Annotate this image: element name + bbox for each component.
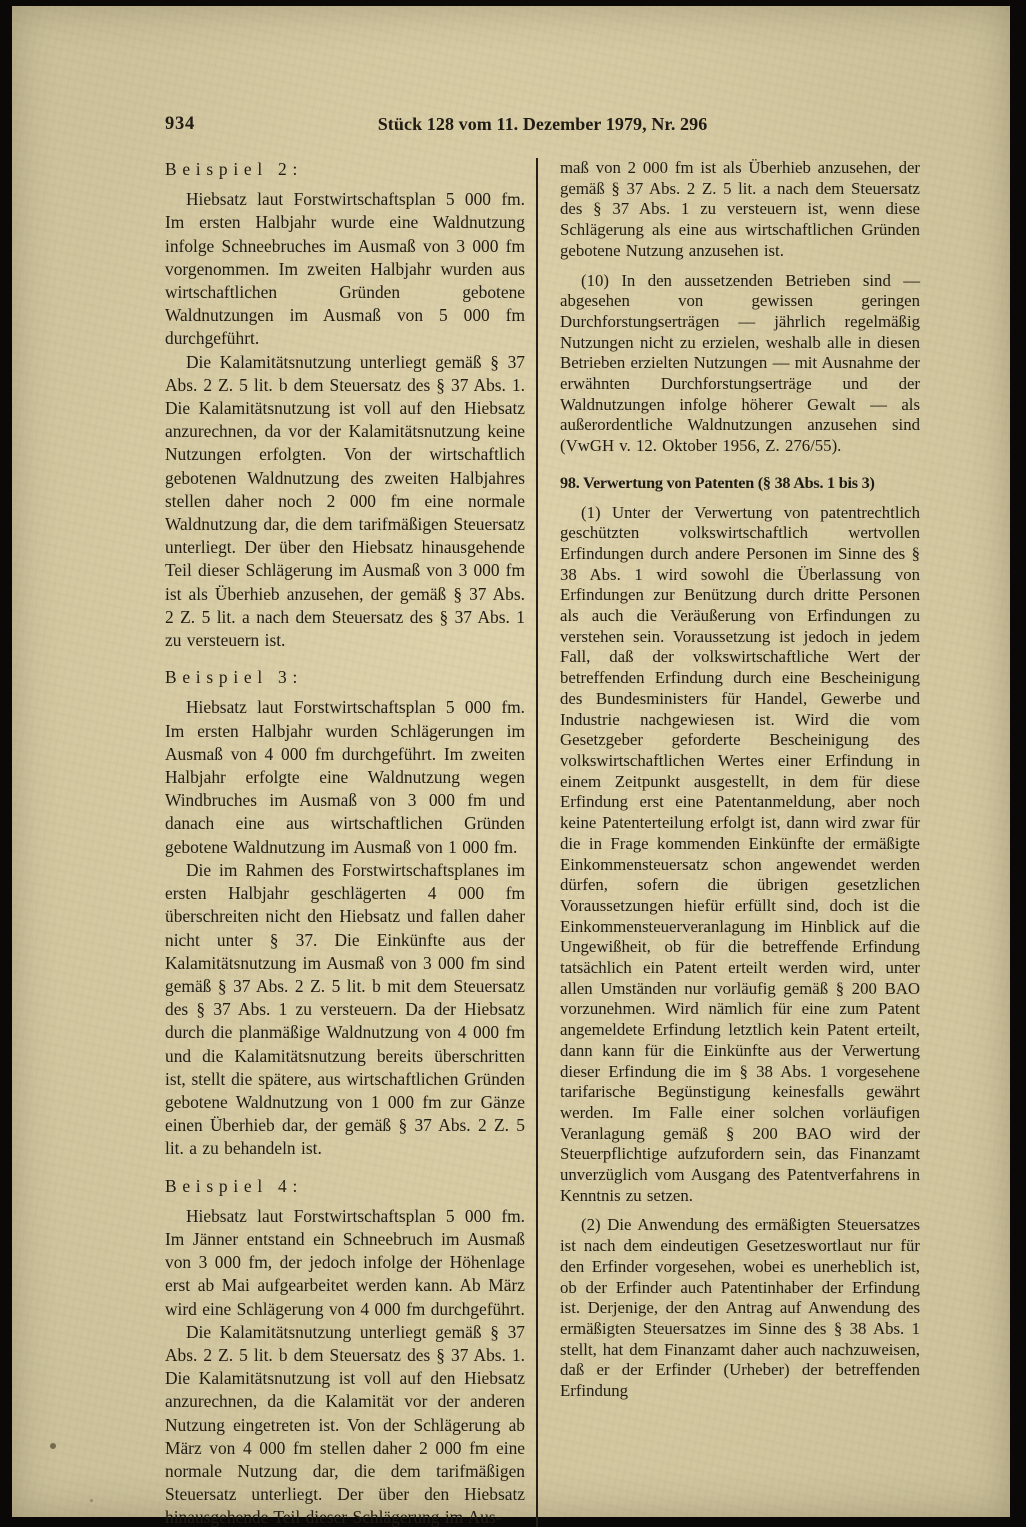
paragraph: Hiebsatz laut Forstwirtschaftsplan 5 000… bbox=[165, 1205, 525, 1321]
paragraph-continuation: maß von 2 000 fm ist als Überhieb anzuse… bbox=[560, 158, 920, 262]
scan-background: 934 Stück 128 vom 11. Dezember 1979, Nr.… bbox=[0, 0, 1026, 1527]
paragraph: (2) Die Anwendung des ermäßigten Steuers… bbox=[560, 1215, 920, 1401]
right-column: maß von 2 000 fm ist als Überhieb anzuse… bbox=[560, 158, 920, 1527]
section-98-heading: 98. Verwertung von Patenten (§ 38 Abs. 1… bbox=[560, 473, 920, 494]
paper-speck bbox=[50, 1443, 56, 1449]
paragraph: Die Kalamitätsnutzung unterliegt gemäß §… bbox=[165, 351, 525, 653]
paragraph: Die im Rahmen des Forstwirtschaftsplanes… bbox=[165, 859, 525, 1161]
page-header: 934 Stück 128 vom 11. Dezember 1979, Nr.… bbox=[165, 114, 920, 142]
paper-speck bbox=[90, 1499, 93, 1502]
example-4-heading: Beispiel 4: bbox=[165, 1175, 525, 1198]
text-columns: Beispiel 2: Hiebsatz laut Forstwirtschaf… bbox=[165, 158, 920, 1527]
paragraph: Hiebsatz laut Forstwirtschaftsplan 5 000… bbox=[165, 696, 525, 858]
left-column: Beispiel 2: Hiebsatz laut Forstwirtschaf… bbox=[165, 158, 525, 1527]
page-content: 934 Stück 128 vom 11. Dezember 1979, Nr.… bbox=[12, 6, 1010, 1527]
column-divider-rule bbox=[536, 158, 538, 1527]
example-3-heading: Beispiel 3: bbox=[165, 666, 525, 689]
document-page: 934 Stück 128 vom 11. Dezember 1979, Nr.… bbox=[12, 6, 1010, 1517]
paragraph: Die Kalamitätsnutzung unterliegt gemäß §… bbox=[165, 1321, 525, 1527]
paragraph: (1) Unter der Verwertung von patentrecht… bbox=[560, 503, 920, 1207]
paragraph: (10) In den aussetzenden Betrieben sind … bbox=[560, 271, 920, 457]
page-number: 934 bbox=[165, 114, 195, 135]
header-title: Stück 128 vom 11. Dezember 1979, Nr. 296 bbox=[165, 114, 920, 135]
paragraph: Hiebsatz laut Forstwirtschaftsplan 5 000… bbox=[165, 188, 525, 350]
example-2-heading: Beispiel 2: bbox=[165, 158, 525, 181]
